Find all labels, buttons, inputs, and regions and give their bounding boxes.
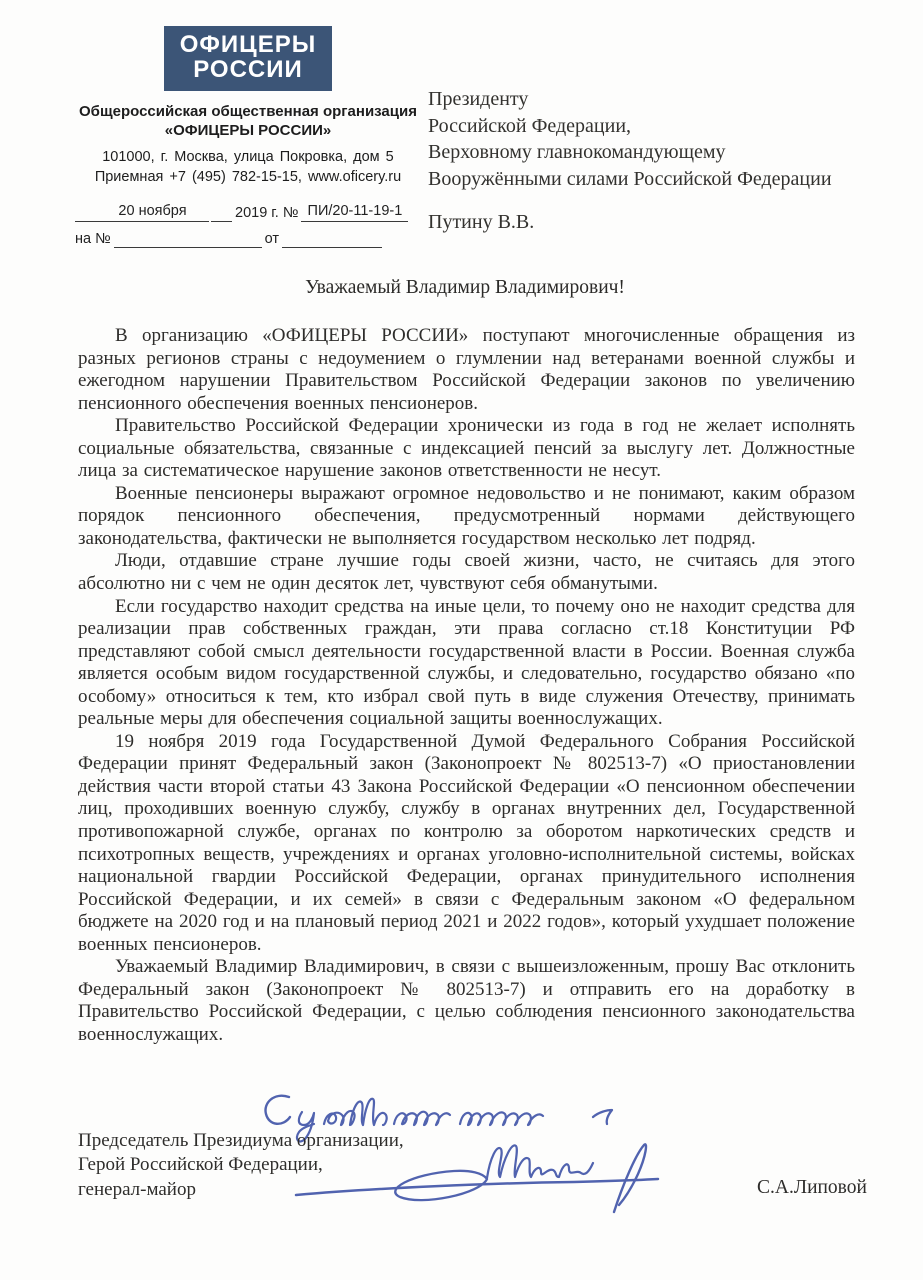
logo-line-1: ОФИЦЕРЫ: [180, 33, 316, 58]
recipient-name: Путину В.В.: [428, 209, 868, 236]
signature-scrawl: [284, 1132, 674, 1218]
logo-line-2: РОССИИ: [180, 58, 316, 83]
recipient-block: Президенту Российской Федерации, Верховн…: [428, 86, 868, 236]
organization-logo: ОФИЦЕРЫ РОССИИ: [164, 26, 332, 91]
organization-name: Общероссийская общественная организация …: [75, 102, 421, 140]
blank-underline: [211, 200, 232, 222]
document-number-field: ПИ/20-11-19-1: [301, 200, 408, 222]
signer-name: С.А.Липовой: [757, 1177, 867, 1199]
recipient-line: Верховному главнокомандующему: [428, 139, 868, 166]
letter-page: ОФИЦЕРЫ РОССИИ Общероссийская общественн…: [0, 0, 923, 1280]
body-paragraph: Уважаемый Владимир Владимирович, в связи…: [78, 956, 855, 1046]
body-paragraph: Люди, отдавшие стране лучшие годы своей …: [78, 550, 855, 595]
body-paragraph: Правительство Российской Федерации хрони…: [78, 415, 855, 483]
blank-ref-number-field: [114, 226, 262, 248]
blank-ref-date-field: [282, 226, 382, 248]
organization-address: 101000, г. Москва, улица Покровка, дом 5…: [75, 147, 421, 187]
date-field: 20 ноября: [96, 200, 209, 222]
ref-prefix-label: на №: [75, 231, 114, 248]
contact-line: Приемная +7 (495) 782-15-15, www.oficery…: [75, 167, 421, 187]
recipient-line: Президенту: [428, 86, 868, 113]
incoming-reference-line: на № от: [75, 222, 421, 248]
address-line: 101000, г. Москва, улица Покровка, дом 5: [75, 147, 421, 167]
year-number-label: 2019 г. №: [232, 205, 301, 222]
body-paragraph: В организацию «ОФИЦЕРЫ РОССИИ» поступают…: [78, 325, 855, 415]
reference-lines: 20 ноября 2019 г. № ПИ/20-11-19-1 на № о…: [75, 196, 421, 248]
recipient-line: Российской Федерации,: [428, 113, 868, 140]
salutation: Уважаемый Владимир Владимирович!: [75, 277, 855, 299]
letter-body: В организацию «ОФИЦЕРЫ РОССИИ» поступают…: [78, 325, 855, 1047]
body-paragraph: Если государство находит средства на ины…: [78, 596, 855, 731]
blank-underline: [75, 200, 96, 222]
letterhead: ОФИЦЕРЫ РОССИИ Общероссийская общественн…: [75, 26, 421, 248]
ref-from-label: от: [262, 231, 282, 248]
body-paragraph: Военные пенсионеры выражают огромное нед…: [78, 483, 855, 551]
recipient-line: Вооружёнными силами Российской Федерации: [428, 166, 868, 193]
date-number-line: 20 ноября 2019 г. № ПИ/20-11-19-1: [75, 196, 421, 222]
body-paragraph: 19 ноября 2019 года Государственной Думо…: [78, 731, 855, 956]
